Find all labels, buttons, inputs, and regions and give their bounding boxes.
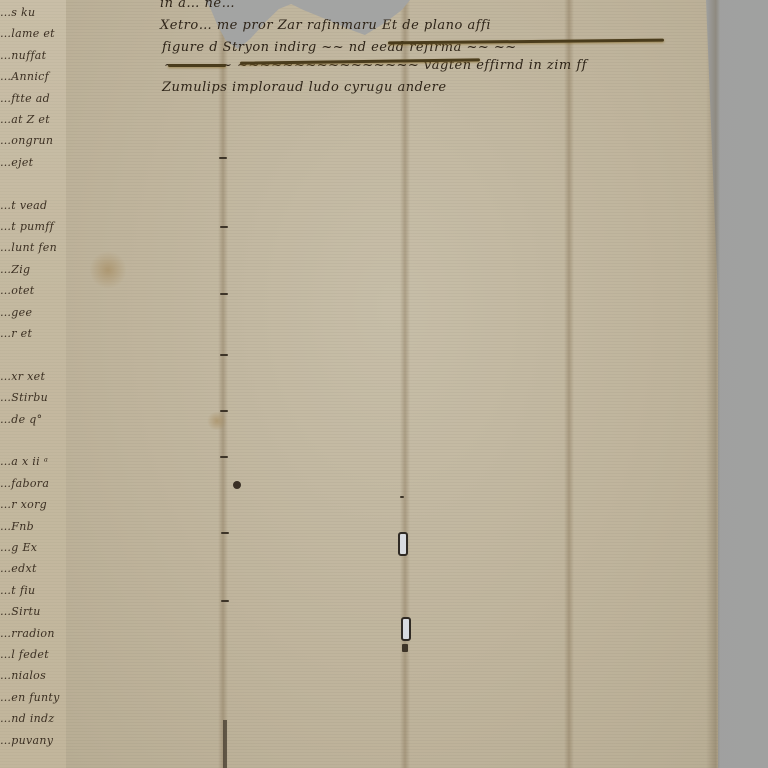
water-stain: [90, 250, 126, 290]
left-page-line: …nd indz: [0, 712, 54, 726]
left-adjacent-page: …s ku…lame et…nuffat…Annicf…ftte ad…at Z…: [0, 0, 76, 768]
sewing-mark: [221, 600, 229, 602]
left-page-line: …ongrun: [0, 134, 53, 148]
sewing-mark: [219, 157, 227, 159]
ink-spot: [233, 481, 241, 489]
left-page-line: …ftte ad: [0, 92, 50, 106]
fold-line-center: [400, 0, 410, 768]
left-page-line: …Zig: [0, 263, 30, 277]
left-page-line: …Sirtu: [0, 605, 41, 619]
binding-slit: [398, 532, 408, 556]
sewing-mark: [220, 354, 228, 356]
left-page-line: …t fiu: [0, 584, 35, 598]
left-page-line: …otet: [0, 284, 34, 298]
sewing-mark: [220, 410, 228, 412]
left-page-line: …lame et: [0, 27, 55, 41]
left-page-line: …fabora: [0, 477, 49, 491]
strikethrough-line: [168, 64, 226, 67]
left-page-line: …nuffat: [0, 49, 46, 63]
script-line-1: in a… ne…: [160, 0, 235, 11]
left-page-line: …Fnb: [0, 520, 34, 534]
left-page-line: …t vead: [0, 199, 47, 213]
fold-line-left: [218, 0, 228, 768]
left-page-line: …s ku: [0, 6, 35, 20]
left-page-line: …r et: [0, 327, 32, 341]
left-page-line: …lunt fen: [0, 241, 57, 255]
sewing-mark: [402, 644, 408, 652]
sewing-mark: [220, 293, 228, 295]
script-line-5: Zumulips imploraud ludo cyrugu andere: [162, 80, 447, 95]
left-page-line: …puvany: [0, 734, 53, 748]
sewing-mark: [221, 532, 229, 534]
left-page-line: …a x ii ᵃ: [0, 455, 48, 469]
left-page-line: …de q°: [0, 413, 42, 427]
binding-slit: [401, 617, 411, 641]
sheet-right-edge: [706, 0, 720, 768]
left-page-line: …en funty: [0, 691, 60, 705]
sewing-mark: [220, 456, 228, 458]
left-page-line: …t pumff: [0, 220, 54, 234]
left-page-line: …ejet: [0, 156, 33, 170]
small-stain: [206, 412, 228, 430]
sewing-mark: [220, 226, 228, 228]
left-page-line: …edxt: [0, 562, 37, 576]
left-page-line: …xr xet: [0, 370, 45, 384]
fold-line-right: [564, 0, 574, 768]
left-page-line: …g Ex: [0, 541, 37, 555]
sewing-stitch: [223, 720, 227, 768]
left-page-line: …Stirbu: [0, 391, 48, 405]
manuscript-sheet: [66, 0, 718, 768]
script-line-2: Xetro… me pror Zar rafinmaru Et de plano…: [160, 18, 491, 33]
left-page-line: …nialos: [0, 669, 46, 683]
left-page-line: …Annicf: [0, 70, 49, 84]
left-page-line: …r xorg: [0, 498, 47, 512]
left-page-line: …at Z et: [0, 113, 50, 127]
left-page-line: …gee: [0, 306, 32, 320]
left-page-line: …l fedet: [0, 648, 49, 662]
left-page-line: …rradion: [0, 627, 55, 641]
sewing-mark: [400, 496, 404, 498]
